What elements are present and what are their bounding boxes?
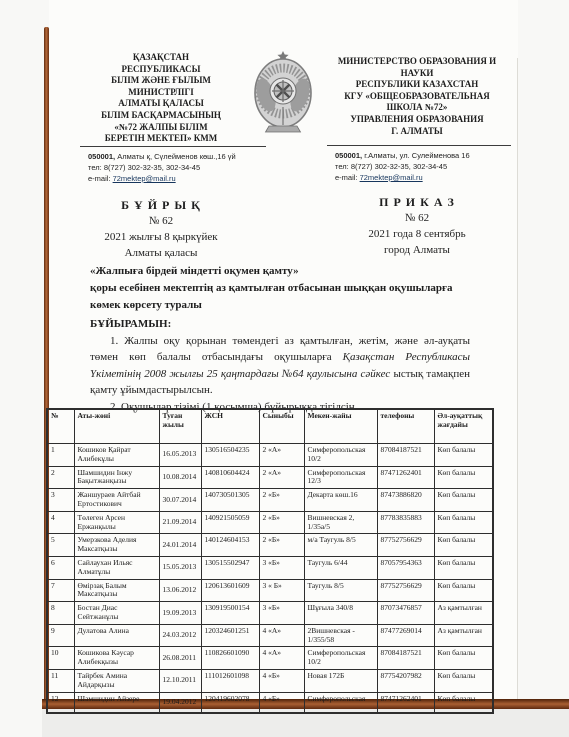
cell-address: Вишневская 2, 1/35а/5 <box>304 511 377 534</box>
order-number: № 62 <box>320 210 514 226</box>
table-row: 5 Умерзкова Аделия Максатқызы 24.01.2014… <box>47 534 493 557</box>
cell-welfare-status: Көп балалы <box>434 669 493 692</box>
cell-phone: 87084187521 <box>377 647 434 670</box>
col-welfare-status: Әл-ауқаттық жағдайы <box>434 409 493 444</box>
cell-iin: 120324601251 <box>201 624 259 647</box>
cell-birth-date: 13.06.2012 <box>159 579 201 602</box>
cell-address: Симферопольская 10/2 <box>304 444 377 467</box>
cell-welfare-status: Көп балалы <box>434 466 493 489</box>
cell-phone: 87471262401 <box>377 466 434 489</box>
cell-number: 6 <box>47 556 74 579</box>
cell-name: Өмірзақ Балым Максатқызы <box>74 579 159 602</box>
cell-phone: 87754207982 <box>377 669 434 692</box>
scanned-order-document: ҚАЗАҚСТАН РЕСПУБЛИКАСЫ БІЛІМ ЖӘНЕ ҒЫЛЫМ … <box>0 0 569 737</box>
cell-birth-date: 12.10.2011 <box>159 669 201 692</box>
email-line: e-mail: 72mektep@mail.ru <box>335 172 470 183</box>
cell-iin: 130516504235 <box>201 444 259 467</box>
cell-class: 4 «Б» <box>259 669 304 692</box>
col-class: Сыныбы <box>259 409 304 444</box>
letterhead-divider-left <box>80 146 266 147</box>
cell-address: Симферопольская <box>304 692 377 713</box>
cell-iin: 140124604153 <box>201 534 259 557</box>
paragraph-1: 1. Жалпы оқу қорынан төмендегі аз қамтыл… <box>90 333 470 399</box>
address-line: 050001, г.Алматы, ул. Сулейменова 16 <box>335 150 470 161</box>
cell-class: 3 « Б» <box>259 579 304 602</box>
cell-iin: 140730501305 <box>201 489 259 512</box>
cell-iin: 111012601098 <box>201 669 259 692</box>
order-number: № 62 <box>70 213 252 229</box>
cell-number: 2 <box>47 466 74 489</box>
order-title: Б Ұ Й Р Ы Қ <box>70 197 252 213</box>
col-address: Мекен-жайы <box>304 409 377 444</box>
resolve-label: БҰЙЫРАМЫН: <box>90 316 470 333</box>
cell-address: Новая 172Б <box>304 669 377 692</box>
cell-number: 8 <box>47 602 74 625</box>
order-city: город Алматы <box>320 242 514 258</box>
table-row: 4 Төлеген Арсен Ержанқылы 21.09.2014 140… <box>47 511 493 534</box>
cell-class: 2 «Б» <box>259 489 304 512</box>
cell-welfare-status: Көп балалы <box>434 692 493 713</box>
cell-welfare-status: Көп балалы <box>434 444 493 467</box>
page-right-edge <box>517 58 518 700</box>
cell-iin: 110826601090 <box>201 647 259 670</box>
email-link: 72mektep@mail.ru <box>360 173 423 182</box>
cell-number: 5 <box>47 534 74 557</box>
cell-birth-date: 19.04.2012 <box>159 692 201 713</box>
cell-welfare-status: Көп балалы <box>434 489 493 512</box>
cell-class: 4 «Б» <box>259 692 304 713</box>
cell-name: Умерзкова Аделия Максатқызы <box>74 534 159 557</box>
table-row: 3 Жаншураев Айтбай Ертостикович 30.07.20… <box>47 489 493 512</box>
cell-welfare-status: Көп балалы <box>434 534 493 557</box>
cell-welfare-status: Көп балалы <box>434 511 493 534</box>
cell-iin: 120613601609 <box>201 579 259 602</box>
col-phone: телефоны <box>377 409 434 444</box>
cell-class: 3 «Б» <box>259 556 304 579</box>
col-number: № <box>47 409 74 444</box>
cell-name: Шамшидин Інжу Бақытжанқызы <box>74 466 159 489</box>
cell-welfare-status: Аз қамтылған <box>434 602 493 625</box>
cell-birth-date: 19.09.2013 <box>159 602 201 625</box>
table-header-row: № Аты-жөні Туған жылы ЖСН Сыныбы Мекен-ж… <box>47 409 493 444</box>
col-birth-year: Туған жылы <box>159 409 201 444</box>
cell-iin: 140921505059 <box>201 511 259 534</box>
cell-address: 2Вишневская - 1/355/58 <box>304 624 377 647</box>
cell-name: Сайлаухан Ильяс Алматұлы <box>74 556 159 579</box>
org-name-kazakh: ҚАЗАҚСТАН РЕСПУБЛИКАСЫ БІЛІМ ЖӘНЕ ҒЫЛЫМ … <box>70 52 252 145</box>
cell-phone: 87084187521 <box>377 444 434 467</box>
table-row: 12 Шамшидин Айзере 19.04.2012 1204196020… <box>47 692 493 713</box>
cell-number: 11 <box>47 669 74 692</box>
cell-phone: 87752756629 <box>377 534 434 557</box>
cell-class: 3 «Б» <box>259 602 304 625</box>
cell-number: 10 <box>47 647 74 670</box>
email-link: 72mektep@mail.ru <box>113 174 176 183</box>
cell-name: Шамшидин Айзере <box>74 692 159 713</box>
cell-birth-date: 10.08.2014 <box>159 466 201 489</box>
cell-birth-date: 16.05.2013 <box>159 444 201 467</box>
cell-birth-date: 24.01.2014 <box>159 534 201 557</box>
cell-address: Шұғыла 340/8 <box>304 602 377 625</box>
cell-phone: 87073476857 <box>377 602 434 625</box>
cell-number: 3 <box>47 489 74 512</box>
col-name: Аты-жөні <box>74 409 159 444</box>
cell-class: 2 «А» <box>259 444 304 467</box>
cell-name: Бостан Диас Сейтжанұлы <box>74 602 159 625</box>
order-title: П Р И К А З <box>320 194 514 210</box>
cell-number: 9 <box>47 624 74 647</box>
order-block-kazakh: Б Ұ Й Р Ы Қ № 62 2021 жылғы 8 қыркүйек А… <box>70 197 252 261</box>
cell-class: 2 «Б» <box>259 511 304 534</box>
cell-address: Таугуль 8/5 <box>304 579 377 602</box>
cell-name: Тайрбек Амина Айдарқызы <box>74 669 159 692</box>
cell-address: Декарта көш.16 <box>304 489 377 512</box>
cell-name: Жаншураев Айтбай Ертостикович <box>74 489 159 512</box>
cell-phone: 87783835883 <box>377 511 434 534</box>
cell-phone: 87477269014 <box>377 624 434 647</box>
table-row: 10 Кошикова Кәусар Алибекқызы 26.08.2011… <box>47 647 493 670</box>
cell-phone: 87471262401 <box>377 692 434 713</box>
cell-number: 1 <box>47 444 74 467</box>
cell-address: Симферопольская 12/3 <box>304 466 377 489</box>
order-subject: «Жалпыға бірдей міндетті оқумен қамту» қ… <box>90 263 482 314</box>
col-iin: ЖСН <box>201 409 259 444</box>
cell-number: 4 <box>47 511 74 534</box>
cell-birth-date: 15.05.2013 <box>159 556 201 579</box>
contact-block-kazakh: 050001, Алматы қ, Сүлейменов көш.,16 үй … <box>88 151 236 184</box>
cell-class: 4 «А» <box>259 647 304 670</box>
cell-name: Төлеген Арсен Ержанқылы <box>74 511 159 534</box>
cell-name: Дулатова Алина <box>74 624 159 647</box>
phone-line: тел: 8(727) 302-32-35, 302-34-45 <box>335 161 470 172</box>
cell-name: Кошикова Кәусар Алибекқызы <box>74 647 159 670</box>
cell-birth-date: 26.08.2011 <box>159 647 201 670</box>
org-name-russian: МИНИСТЕРСТВО ОБРАЗОВАНИЯ И НАУКИ РЕСПУБЛ… <box>320 56 514 137</box>
email-line: e-mail: 72mektep@mail.ru <box>88 173 236 184</box>
order-date: 2021 жылғы 8 қыркүйек <box>70 229 252 245</box>
address-line: 050001, Алматы қ, Сүлейменов көш.,16 үй <box>88 151 236 162</box>
table-row: 2 Шамшидин Інжу Бақытжанқызы 10.08.2014 … <box>47 466 493 489</box>
cell-welfare-status: Көп балалы <box>434 556 493 579</box>
cell-address: Симферопольская 10/2 <box>304 647 377 670</box>
order-date: 2021 года 8 сентябрь <box>320 226 514 242</box>
letterhead-divider-right <box>327 145 511 146</box>
table-row: 9 Дулатова Алина 24.03.2012 120324601251… <box>47 624 493 647</box>
table-row: 11 Тайрбек Амина Айдарқызы 12.10.2011 11… <box>47 669 493 692</box>
table-row: 1 Кошиков Қайрат Алибекұлы 16.05.2013 13… <box>47 444 493 467</box>
cell-class: 2 «А» <box>259 466 304 489</box>
table-row: 8 Бостан Диас Сейтжанұлы 19.09.2013 1309… <box>47 602 493 625</box>
cell-name: Кошиков Қайрат Алибекұлы <box>74 444 159 467</box>
cell-address: м/а Таугуль 8/5 <box>304 534 377 557</box>
contact-block-russian: 050001, г.Алматы, ул. Сулейменова 16 тел… <box>335 150 470 183</box>
cell-address: Таугуль 6/44 <box>304 556 377 579</box>
cell-phone: 87473886820 <box>377 489 434 512</box>
cell-number: 12 <box>47 692 74 713</box>
cell-welfare-status: Аз қамтылған <box>434 624 493 647</box>
cell-class: 2 «Б» <box>259 534 304 557</box>
order-body: БҰЙЫРАМЫН: 1. Жалпы оқу қорынан төмендег… <box>90 316 470 416</box>
cell-iin: 130515502947 <box>201 556 259 579</box>
cell-birth-date: 30.07.2014 <box>159 489 201 512</box>
kazakhstan-emblem-icon <box>251 49 315 137</box>
student-list-table: № Аты-жөні Туған жылы ЖСН Сыныбы Мекен-ж… <box>46 408 494 714</box>
cell-birth-date: 24.03.2012 <box>159 624 201 647</box>
order-city: Алматы қаласы <box>70 245 252 261</box>
cell-phone: 87057954363 <box>377 556 434 579</box>
cell-welfare-status: Көп балалы <box>434 647 493 670</box>
table-row: 6 Сайлаухан Ильяс Алматұлы 15.05.2013 13… <box>47 556 493 579</box>
cell-welfare-status: Көп балалы <box>434 579 493 602</box>
cell-phone: 87752756629 <box>377 579 434 602</box>
cell-iin: 130919500154 <box>201 602 259 625</box>
phone-line: тел: 8(727) 302-32-35, 302-34-45 <box>88 162 236 173</box>
table-row: 7 Өмірзақ Балым Максатқызы 13.06.2012 12… <box>47 579 493 602</box>
cell-number: 7 <box>47 579 74 602</box>
cell-birth-date: 21.09.2014 <box>159 511 201 534</box>
cell-iin: 120419602078 <box>201 692 259 713</box>
order-block-russian: П Р И К А З № 62 2021 года 8 сентябрь го… <box>320 194 514 258</box>
cell-iin: 140810604424 <box>201 466 259 489</box>
cell-class: 4 «А» <box>259 624 304 647</box>
